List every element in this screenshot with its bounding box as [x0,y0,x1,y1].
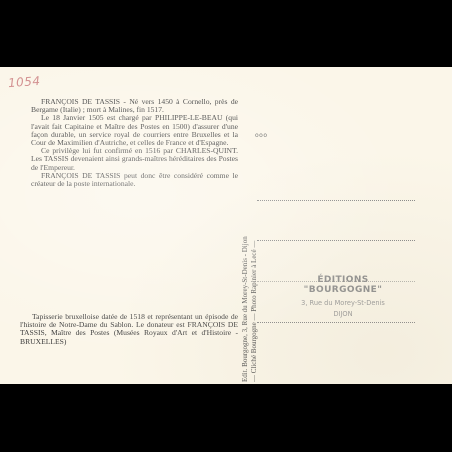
publisher-line-1: Edit. Bourgogne, 3, Rue du Morey-St-Deni… [241,115,250,382]
address-line [257,322,415,323]
stamp-city: DIJON [283,310,403,318]
bio-paragraph: FRANÇOIS DE TASSIS - Né vers 1450 à Corn… [31,98,238,114]
publisher-stamp: ÉDITIONS "BOURGOGNE" 3, Rue du Morey-St-… [283,275,403,318]
bio-paragraph: Ce privilège lui fut confirmé en 1516 pa… [31,147,238,172]
address-line [257,200,415,201]
bio-paragraph: FRANÇOIS DE TASSIS peut donc être consid… [31,172,238,188]
publisher-line-2: — Cliché Bourgogne — Photo Rapinier à Le… [250,115,259,382]
tapestry-caption: Tapisserie bruxelloise datée de 1518 et … [20,313,238,346]
biography-text: FRANÇOIS DE TASSIS - Né vers 1450 à Corn… [31,98,238,188]
stamp-name: ÉDITIONS "BOURGOGNE" [283,275,403,295]
postcard-back: 1054 FRANÇOIS DE TASSIS - Né vers 1450 à… [0,67,452,384]
stamp-street: 3, Rue du Morey-St-Denis [283,299,403,307]
bio-paragraph: Le 18 Janvier 1505 est chargé par PHILIP… [31,114,238,147]
marker-text: ooo [255,132,268,139]
handwritten-number: 1054 [8,74,41,90]
address-line [257,240,415,241]
caption-paragraph: Tapisserie bruxelloise datée de 1518 et … [20,313,238,346]
publisher-credit-vertical: Edit. Bourgogne, 3, Rue du Morey-St-Deni… [241,115,263,382]
